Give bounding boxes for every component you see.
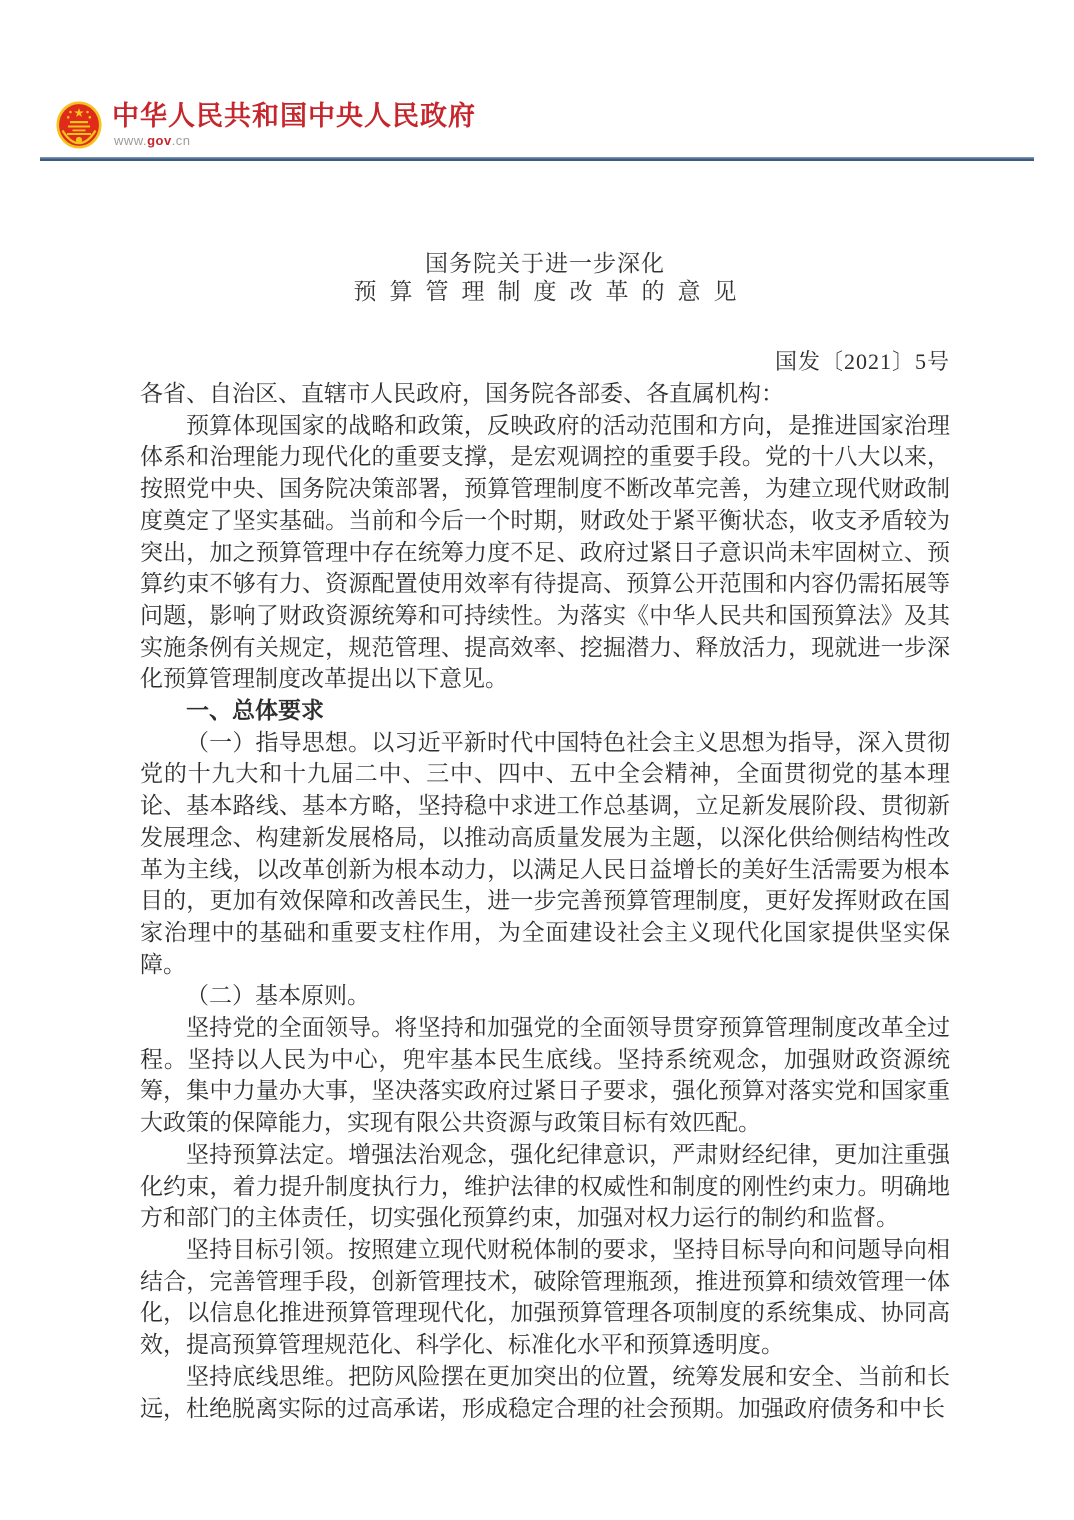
section-heading: 一、总体要求 (140, 695, 950, 727)
document-page: { "colors": { "brand_red": "#c5262c", "r… (0, 0, 1074, 1520)
gov-logo[interactable]: 中华人民共和国中央人民政府 www.gov.cn (55, 100, 476, 150)
paragraph: 坚持预算法定。增强法治观念，强化纪律意识，严肃财经纪律，更加注重强化约束，着力提… (140, 1139, 950, 1234)
url-gov: gov (147, 133, 172, 148)
document: 国务院关于进一步深化 预算管理制度改革的意见 国发〔2021〕5号 各省、自治区… (140, 250, 950, 1424)
paragraph: 坚持底线思维。把防风险摆在更加突出的位置，统筹发展和安全、当前和长远，杜绝脱离实… (140, 1361, 950, 1424)
doc-title-line2: 预算管理制度改革的意见 (140, 278, 950, 306)
lead-phrase: （一）指导思想。 (186, 730, 371, 755)
doc-title: 国务院关于进一步深化 预算管理制度改革的意见 (140, 250, 950, 306)
paragraph: （一）指导思想。以习近平新时代中国特色社会主义思想为指导，深入贯彻党的十九大和十… (140, 727, 950, 981)
header-divider (40, 157, 1034, 161)
national-emblem-icon (55, 100, 103, 150)
paragraph: 坚持党的全面领导。将坚持和加强党的全面领导贯穿预算管理制度改革全过程。坚持以人民… (140, 1012, 950, 1139)
paragraph: 坚持目标引领。按照建立现代财税体制的要求，坚持目标导向和问题导向相结合，完善管理… (140, 1234, 950, 1361)
url-suffix: .cn (172, 133, 191, 148)
lead-phrase: 坚持底线思维。 (186, 1364, 348, 1389)
site-url: www.gov.cn (114, 134, 476, 147)
paragraph: 预算体现国家的战略和政策，反映政府的活动范围和方向，是推进国家治理体系和治理能力… (140, 410, 950, 695)
doc-number: 国发〔2021〕5号 (140, 348, 950, 376)
url-prefix: www. (114, 133, 147, 148)
lead-phrase: （二）基本原则。 (186, 983, 370, 1008)
doc-title-line1: 国务院关于进一步深化 (140, 250, 950, 278)
document-body: 各省、自治区、直辖市人民政府，国务院各部委、各直属机构：预算体现国家的战略和政策… (140, 378, 950, 1424)
lead-phrase: 坚持预算法定。 (186, 1142, 348, 1167)
paragraph: 各省、自治区、直辖市人民政府，国务院各部委、各直属机构： (140, 378, 950, 410)
lead-phrase: 坚持党的全面领导。 (186, 1015, 394, 1040)
logo-text: 中华人民共和国中央人民政府 www.gov.cn (112, 100, 476, 147)
lead-phrase: 坚持目标引领。 (186, 1237, 348, 1262)
paragraph: （二）基本原则。 (140, 980, 950, 1012)
site-name: 中华人民共和国中央人民政府 (112, 101, 476, 131)
